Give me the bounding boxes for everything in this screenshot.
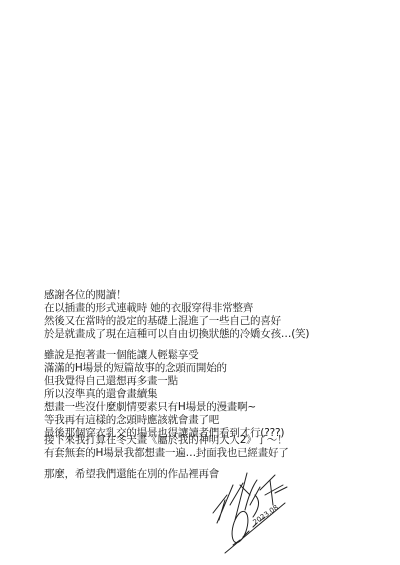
text-line: 等我再有這樣的念頭時應該就會畫了吧 <box>44 414 284 427</box>
text-line: 在以插畫的形式連載時 她的衣服穿得非常整齊 <box>44 302 309 315</box>
text-line: 接下來我打算在冬天畫《屬於我的神明大人2》了～！ <box>44 434 289 447</box>
text-line: 有套無套的H場景我都想畫一遍…封面我也已經畫好了 <box>44 447 289 460</box>
text-line: 於是就畫成了現在這種可以自由切換狀態的冷嬌女孩…(笑) <box>44 328 309 341</box>
author-signature: 2023.08 <box>205 465 305 560</box>
text-line: 滿滿的H場景的短篇故事的念頭而開始的 <box>44 362 284 375</box>
text-line: 但我覺得自己還想再多畫一點 <box>44 375 284 388</box>
paragraph-next-work: 接下來我打算在冬天畫《屬於我的神明大人2》了～！ 有套無套的H場景我都想畫一遍…… <box>44 434 289 460</box>
signature-scribble-icon: 2023.08 <box>205 465 305 560</box>
text-line: 所以沒準真的還會畫續集 <box>44 388 284 401</box>
text-line: 雖說是抱著畫一個能讓人輕鬆享受 <box>44 349 284 362</box>
svg-text:2023.08: 2023.08 <box>252 503 280 526</box>
text-line: 那麼，希望我們還能在別的作品裡再會 <box>44 468 219 481</box>
paragraph-farewell: 那麼，希望我們還能在別的作品裡再會 <box>44 468 219 481</box>
text-line: 想畫一些沒什麼劇情要素只有H場景的漫畫啊~ <box>44 401 284 414</box>
text-line: 然後又在當時的設定的基礎上混進了一些自己的喜好 <box>44 315 309 328</box>
paragraph-thanks: 感謝各位的閱讀！ 在以插畫的形式連載時 她的衣服穿得非常整齊 然後又在當時的設定… <box>44 289 309 341</box>
text-line: 感謝各位的閱讀！ <box>44 289 309 302</box>
paragraph-sequel: 雖說是抱著畫一個能讓人輕鬆享受 滿滿的H場景的短篇故事的念頭而開始的 但我覺得自… <box>44 349 284 440</box>
